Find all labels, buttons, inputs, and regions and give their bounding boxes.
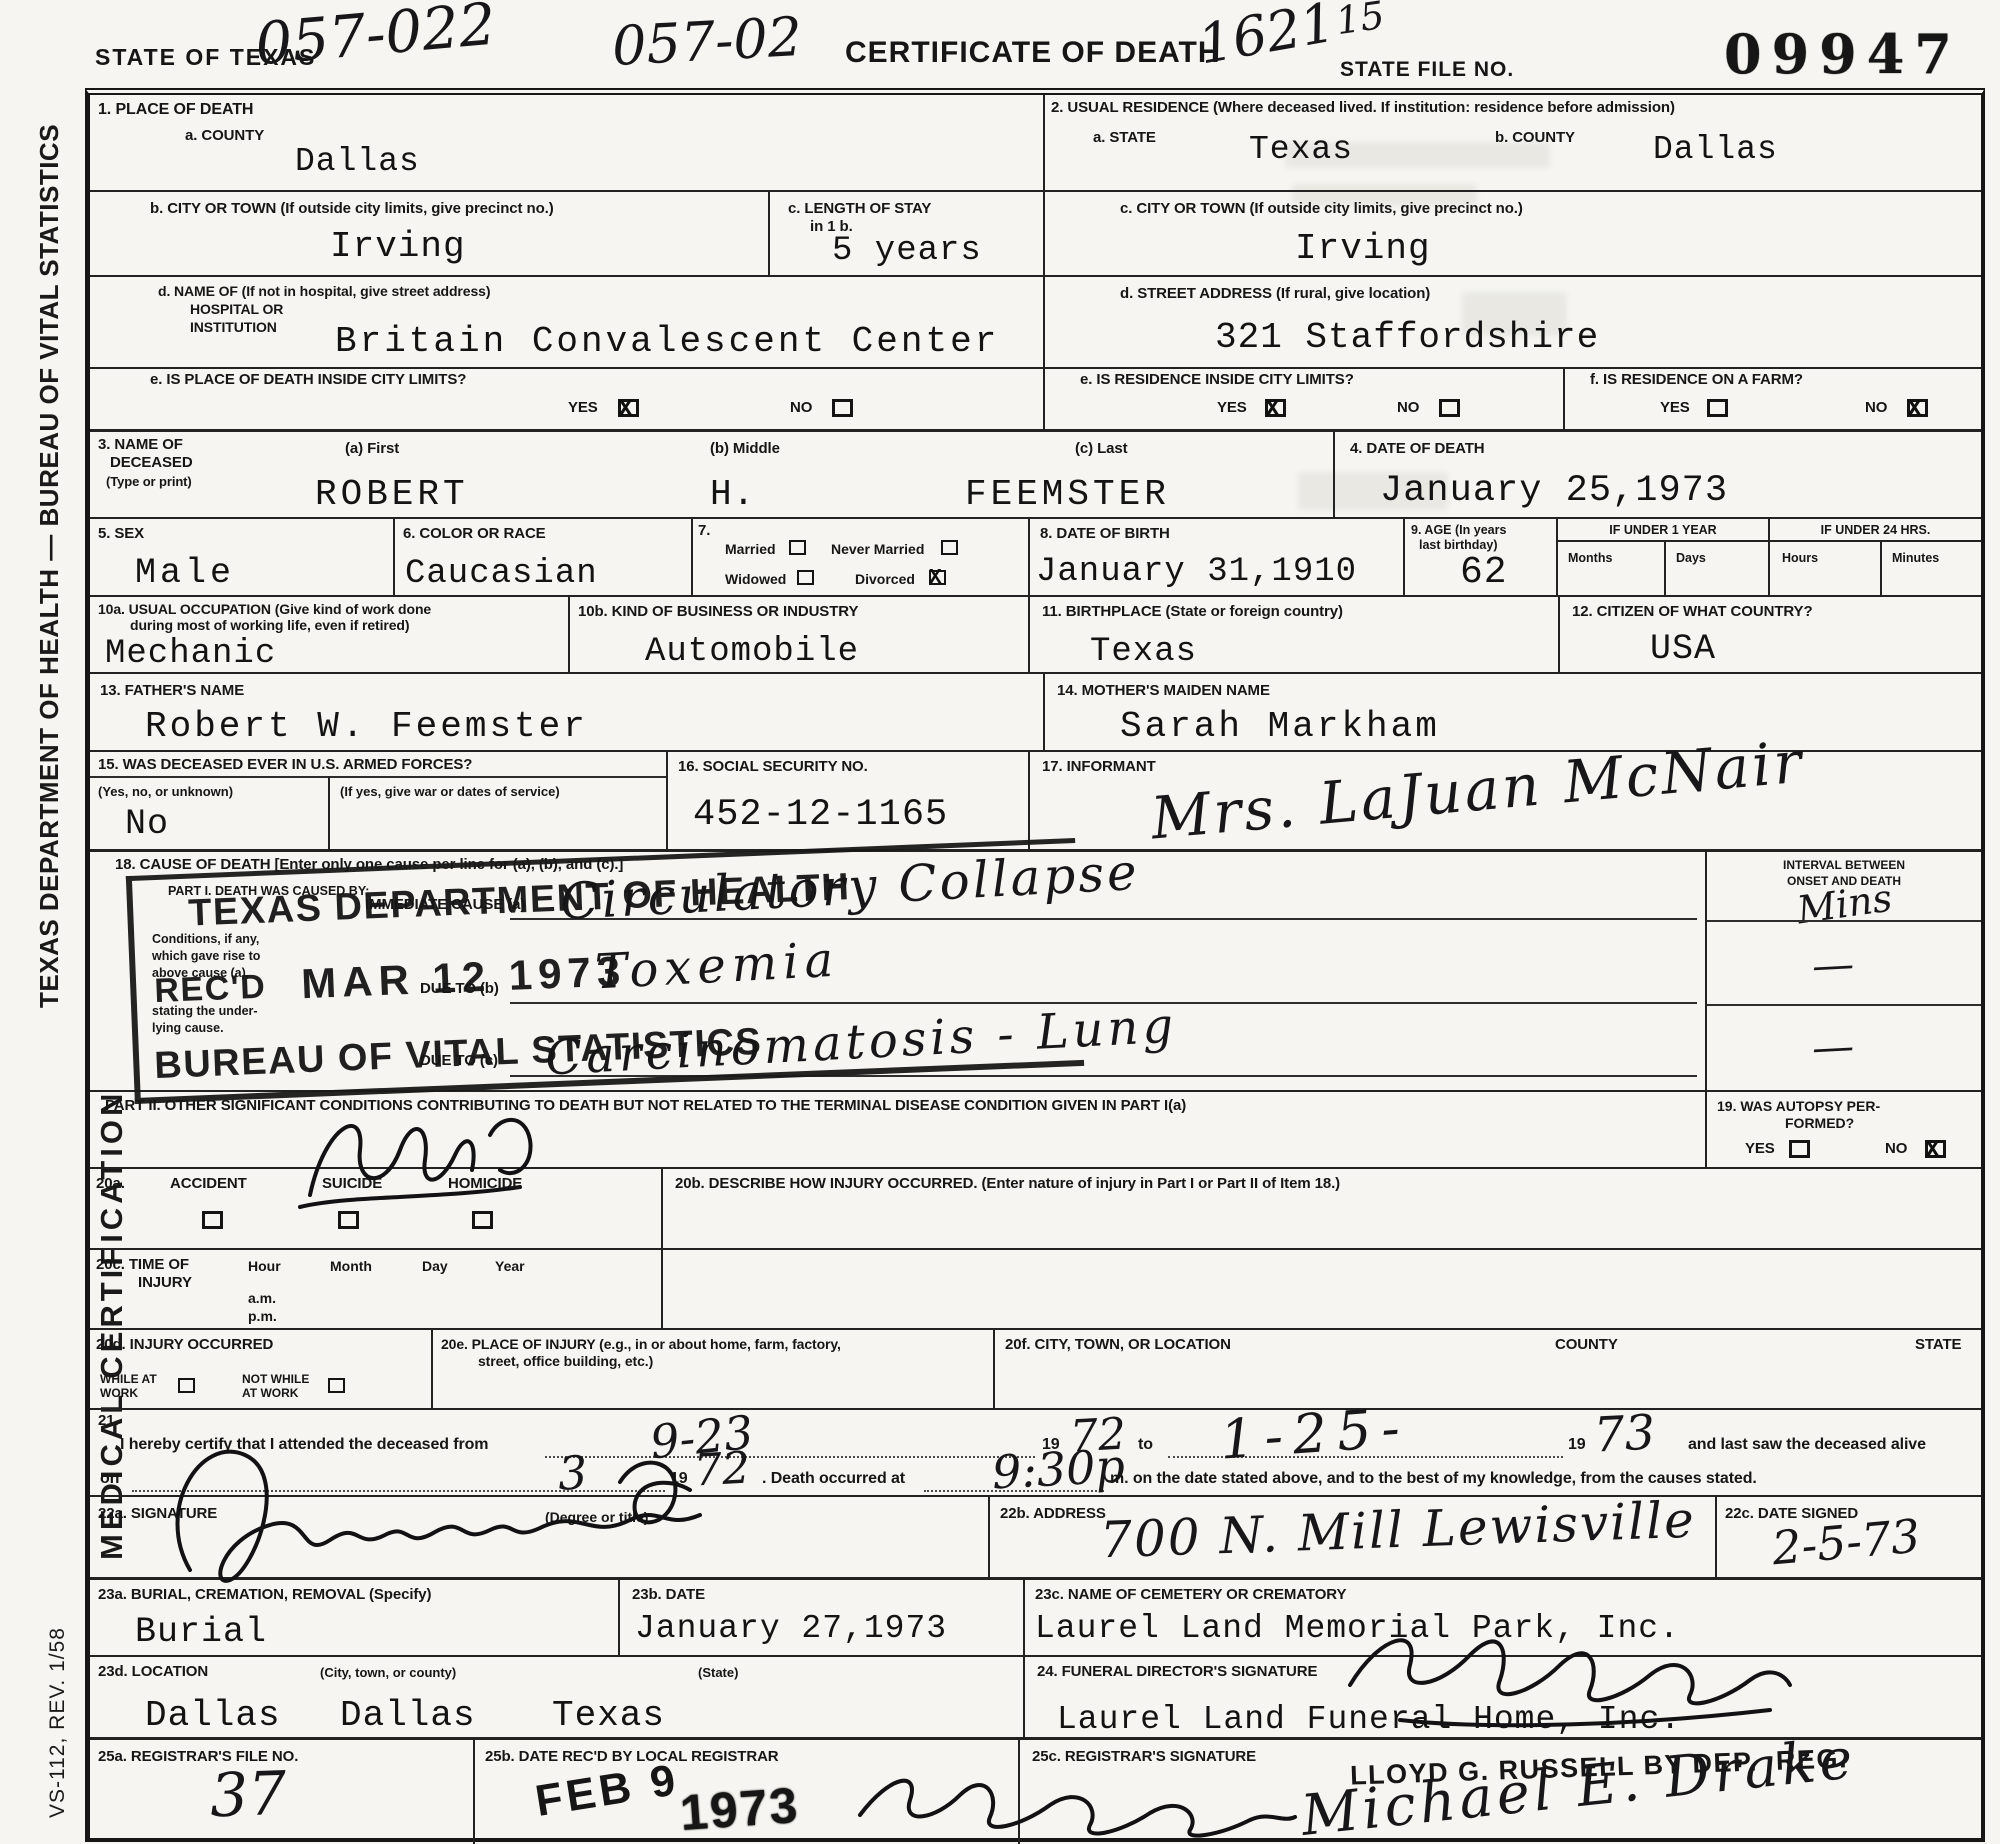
yes-label: YES [568,399,598,416]
on-word: on [100,1470,119,1488]
residence-farm-yes-checkbox [1707,399,1728,417]
physician-signature-handwriting [160,1420,720,1595]
autopsy-no-checkbox [1925,1140,1946,1158]
place-of-injury-label-2: street, office building, etc.) [478,1353,653,1369]
middle-name-value: H. [710,474,755,515]
place-of-death-title: 1. PLACE OF DEATH [98,101,253,119]
certificate-form: 1. PLACE OF DEATH a. COUNTY Dallas 2. US… [85,88,1985,1842]
year-prefix-2: 19 [1568,1436,1586,1454]
under-24-hrs-header: IF UNDER 24 HRS. [1770,519,1981,542]
while-at-work-label-1: WHILE AT [100,1372,157,1386]
to-word: to [1138,1436,1153,1454]
first-name-value: ROBERT [315,474,469,515]
burial-date-label: 23b. DATE [632,1586,705,1603]
birthplace-label: 11. BIRTHPLACE (State or foreign country… [1042,603,1343,620]
divorced-label: Divorced [855,571,915,587]
received-stamp-date: MAR 12 1973 [300,947,627,1008]
divider [1664,542,1666,595]
occupation-label-2: during most of working life, even if ret… [130,617,409,633]
row-accident-injury: 20a. ACCIDENT SUICIDE HOMICIDE 20b. DESC… [90,1169,1981,1250]
location-sublabel-2: (State) [698,1665,738,1680]
armed-forces-label: 15. WAS DECEASED EVER IN U.S. ARMED FORC… [98,756,472,773]
field-death-city-town: b. CITY OR TOWN (If outside city limits,… [90,192,770,275]
field-age: 9. AGE (In years last birthday) 62 [1405,519,1558,595]
field-length-of-stay: c. LENGTH OF STAY in 1 b. 5 years [770,192,1045,275]
location-county-value: Dallas [340,1695,476,1736]
row-institution-address: d. NAME OF (If not in hospital, give str… [90,277,1981,369]
field-burial-date: 23b. DATE January 27,1973 [620,1580,1025,1655]
field-if-under-1-year: IF UNDER 1 YEAR Months Days [1558,519,1770,595]
date-received-stamp-year: 1973 [678,1776,801,1842]
field-fathers-name: 13. FATHER'S NAME Robert W. Feemster [90,674,1045,750]
homicide-label: HOMICIDE [448,1175,522,1192]
date-of-death-label: 4. DATE OF DEATH [1350,440,1485,457]
field-date-of-death: 4. DATE OF DEATH January 25,1973 [1335,432,1981,517]
informant-label: 17. INFORMANT [1042,758,1156,775]
county-value: Dallas [295,143,420,180]
residence-state-label: a. STATE [1093,129,1156,146]
row-forces-ssn-informant: 15. WAS DECEASED EVER IN U.S. ARMED FORC… [90,752,1981,852]
field-place-of-injury: 20e. PLACE OF INJURY (e.g., in or about … [433,1330,995,1408]
row-occupation: 10a. USUAL OCCUPATION (Give kind of work… [90,597,1981,674]
interval-c-handwriting: — [1811,1021,1856,1072]
name-of-deceased-label-2: DECEASED [110,454,193,471]
no-label: NO [1885,1140,1907,1157]
no-label: NO [1865,399,1887,416]
autopsy-label-2: FORMED? [1785,1115,1854,1131]
part2-label: PART II. OTHER SIGNIFICANT CONDITIONS CO… [105,1097,1186,1114]
county-label: a. COUNTY [185,127,264,144]
institution-value: Britain Convalescent Center [335,321,999,362]
never-married-label: Never Married [831,541,924,557]
field-accident-suicide-homicide: 20a. ACCIDENT SUICIDE HOMICIDE [90,1169,663,1248]
certification-number: 21. [98,1412,119,1429]
handwritten-code-3: 1621 [1194,0,1340,76]
received-stamp-line-3: BUREAU OF VITAL STATISTICS [154,1021,764,1088]
field-social-security: 16. SOCIAL SECURITY NO. 452-12-1165 [668,752,1030,849]
location-label: 23d. LOCATION [98,1663,208,1680]
birthplace-value: Texas [1090,633,1197,671]
field-describe-injury: 20b. DESCRIBE HOW INJURY OCCURRED. (Ente… [663,1169,1981,1248]
last-name-value: FEEMSTER [965,474,1170,515]
row-demographics: 5. SEX Male 6. COLOR OR RACE Caucasian 7… [90,519,1981,597]
yes-label: YES [1660,399,1690,416]
divider [1880,542,1882,595]
field-injury-city-county-state: 20f. CITY, TOWN, OR LOCATION COUNTY STAT… [995,1330,1981,1408]
injury-time-empty-area [663,1250,1981,1328]
days-label: Days [1676,551,1706,565]
attended-to-handwriting: 1-25- [1218,1395,1411,1471]
marital-section-label: 7. [698,522,710,539]
field-business-industry: 10b. KIND OF BUSINESS OR INDUSTRY Automo… [570,597,1030,672]
social-security-label: 16. SOCIAL SECURITY NO. [678,758,868,775]
residence-city-limits-no-checkbox [1439,399,1460,417]
business-industry-label: 10b. KIND OF BUSINESS OR INDUSTRY [578,603,858,620]
field-burial-cremation: 23a. BURIAL, CREMATION, REMOVAL (Specify… [90,1580,620,1655]
street-address-value: 321 Staffordshire [1215,317,1599,358]
field-date-of-birth: 8. DATE OF BIRTH January 31,1910 [1030,519,1405,595]
married-label: Married [725,541,776,557]
color-race-value: Caucasian [405,555,598,593]
mothers-maiden-name-value: Sarah Markham [1120,706,1440,747]
field-injury-occurred: 20d. INJURY OCCURRED WHILE AT WORK NOT W… [90,1330,433,1408]
sex-label: 5. SEX [98,525,144,542]
field-residence-on-farm: f. IS RESIDENCE ON A FARM? YES NO [1565,369,1981,429]
usual-residence-title: 2. USUAL RESIDENCE (Where deceased lived… [1051,99,1675,116]
injury-state-label: STATE [1915,1336,1961,1353]
residence-farm-no-checkbox [1907,399,1928,417]
interval-label-1: INTERVAL BETWEEN [1707,858,1981,872]
first-name-label: (a) First [345,440,399,457]
field-usual-occupation: 10a. USUAL OCCUPATION (Give kind of work… [90,597,570,672]
residence-county-value: Dallas [1653,131,1778,168]
death-city-town-label: b. CITY OR TOWN (If outside city limits,… [150,200,554,217]
registrar-file-no-handwriting: 37 [209,1759,288,1832]
burial-date-value: January 27,1973 [635,1610,947,1647]
funeral-director-signature-handwriting [1340,1590,1800,1740]
certification-text-2: and last saw the deceased alive [1688,1436,1926,1454]
field-registrar-file-no: 25a. REGISTRAR'S FILE NO. 37 [90,1740,475,1844]
field-marital-status: 7. Married Never Married Widowed Divorce… [693,519,1030,595]
death-city-limits-label: e. IS PLACE OF DEATH INSIDE CITY LIMITS? [150,371,466,388]
color-race-label: 6. COLOR OR RACE [403,525,546,542]
day-label: Day [422,1258,448,1274]
injury-county-label: COUNTY [1555,1336,1618,1353]
accident-label: ACCIDENT [170,1175,247,1192]
field-usual-residence: 2. USUAL RESIDENCE (Where deceased lived… [1045,95,1981,190]
sex-value: Male [135,553,235,593]
attended-to-year-handwriting: 73 [1593,1404,1657,1463]
date-of-birth-value: January 31,1910 [1036,553,1357,591]
suicide-label: SUICIDE [322,1175,382,1192]
suicide-checkbox [338,1211,359,1229]
burial-value: Burial [135,1612,267,1652]
registrar-signature-handwriting [850,1745,1300,1844]
yes-label: YES [1217,399,1247,416]
margin-agency-text: TEXAS DEPARTMENT OF HEALTH — BUREAU OF V… [34,124,65,1008]
field-death-inside-city-limits: e. IS PLACE OF DEATH INSIDE CITY LIMITS?… [90,369,1045,429]
time-of-injury-label-2: INJURY [138,1274,192,1291]
field-birthplace: 11. BIRTHPLACE (State or foreign country… [1030,597,1560,672]
death-city-limits-yes-checkbox [618,399,639,417]
row-injury-place: 20d. INJURY OCCURRED WHILE AT WORK NOT W… [90,1330,1981,1410]
occupation-label-1: 10a. USUAL OCCUPATION (Give kind of work… [98,601,431,617]
length-of-stay-value: 5 years [832,232,982,270]
age-value: 62 [1460,551,1508,594]
hours-label: Hours [1782,551,1818,565]
autopsy-yes-checkbox [1789,1140,1810,1158]
citizen-country-value: USA [1650,629,1716,669]
residence-city-limits-yes-checkbox [1265,399,1286,417]
interval-b-handwriting: — [1811,939,1856,990]
location-city-value: Dallas [145,1695,281,1736]
date-of-death-value: January 25,1973 [1380,470,1728,512]
month-label: Month [330,1258,372,1274]
date-signed-handwriting: 2-5-73 [1770,1509,1922,1576]
field-color-race: 6. COLOR OR RACE Caucasian [395,519,693,595]
residence-city-town-value: Irving [1295,228,1431,269]
field-burial-location: 23d. LOCATION (City, town, or county) (S… [90,1657,1025,1737]
row-time-of-injury: 20c. TIME OF INJURY Hour Month Day Year … [90,1250,1981,1330]
field-physician-address: 22b. ADDRESS 700 N. Mill Lewisville [990,1497,1717,1577]
field-armed-forces: 15. WAS DECEASED EVER IN U.S. ARMED FORC… [90,752,668,849]
armed-forces-sublabel-1: (Yes, no, or unknown) [98,784,233,799]
handwritten-code-3b: 15 [1333,0,1387,43]
row-city-limits-checks: e. IS PLACE OF DEATH INSIDE CITY LIMITS?… [90,369,1981,432]
homicide-checkbox [472,1211,493,1229]
state-file-no-label: STATE FILE NO. [1340,58,1514,82]
under-1-year-header: IF UNDER 1 YEAR [1558,519,1768,542]
residence-county-label: b. COUNTY [1495,129,1575,146]
field-informant: 17. INFORMANT Mrs. LaJuan McNair [1030,752,1981,849]
field-place-of-death-county: 1. PLACE OF DEATH a. COUNTY Dallas [90,95,1045,190]
field-name-of-deceased: 3. NAME OF DECEASED (Type or print) (a) … [90,432,1335,517]
autopsy-label-1: 19. WAS AUTOPSY PER- [1717,1098,1880,1114]
never-married-checkbox [941,540,958,555]
occupation-value: Mechanic [105,635,276,673]
not-while-at-work-label-1: NOT WHILE [242,1372,309,1386]
date-of-birth-label: 8. DATE OF BIRTH [1040,525,1170,542]
no-label: NO [1397,399,1419,416]
am-label: a.m. [248,1290,276,1306]
hour-label: Hour [248,1258,281,1274]
field-mothers-maiden-name: 14. MOTHER'S MAIDEN NAME Sarah Markham [1045,674,1981,750]
funeral-director-label: 24. FUNERAL DIRECTOR'S SIGNATURE [1037,1663,1317,1680]
institution-label: d. NAME OF (If not in hospital, give str… [158,283,490,299]
accident-section-label: 20a. [96,1175,125,1192]
mothers-maiden-name-label: 14. MOTHER'S MAIDEN NAME [1057,682,1270,699]
handwritten-code-2: 057-02 [610,5,803,78]
address-label: 22b. ADDRESS [1000,1505,1106,1522]
name-of-deceased-label-3: (Type or print) [106,474,192,489]
field-sex: 5. SEX Male [90,519,395,595]
field-residence-city-town: c. CITY OR TOWN (If outside city limits,… [1045,192,1981,275]
time-of-death-handwriting: 9:30p [991,1439,1126,1500]
age-label-1: 9. AGE (In years [1411,523,1506,537]
street-address-label: d. STREET ADDRESS (If rural, give locati… [1120,285,1430,302]
date-received-stamp-month: FEB 9 [532,1755,683,1827]
business-industry-value: Automobile [645,633,859,671]
married-checkbox [789,540,806,555]
row-place-residence: 1. PLACE OF DEATH a. COUNTY Dallas 2. US… [90,95,1981,192]
field-time-of-injury: 20c. TIME OF INJURY Hour Month Day Year … [90,1250,663,1328]
divider [90,776,666,778]
citizen-country-label: 12. CITIZEN OF WHAT COUNTRY? [1572,603,1813,620]
field-autopsy: 19. WAS AUTOPSY PER- FORMED? YES NO [1707,1092,1981,1167]
divider [1707,920,1981,922]
death-city-town-value: Irving [330,226,466,267]
residence-city-limits-label: e. IS RESIDENCE INSIDE CITY LIMITS? [1080,371,1354,388]
injury-city-label: 20f. CITY, TOWN, OR LOCATION [1005,1336,1231,1353]
place-of-injury-label-1: 20e. PLACE OF INJURY (e.g., in or about … [441,1336,841,1352]
field-residence-inside-city-limits: e. IS RESIDENCE INSIDE CITY LIMITS? YES … [1045,369,1565,429]
residence-farm-label: f. IS RESIDENCE ON A FARM? [1590,371,1803,388]
field-date-signed: 22c. DATE SIGNED 2-5-73 [1717,1497,1981,1577]
location-sublabel-1: (City, town, or county) [320,1665,456,1680]
state-file-number-stamp: 09947 [1724,22,1962,86]
handwritten-code-1: 057-022 [252,0,498,78]
divorced-checkbox [929,570,946,585]
fathers-name-label: 13. FATHER'S NAME [100,682,244,699]
social-security-value: 452-12-1165 [693,794,948,836]
row-name-dod: 3. NAME OF DECEASED (Type or print) (a) … [90,432,1981,519]
margin-form-code: VS-112, REV. 1/58 [46,1627,70,1818]
yes-label: YES [1745,1140,1775,1157]
while-at-work-label-2: WORK [100,1386,138,1400]
received-stamp: TEXAS DEPARTMENT OF HEALTH REC'D MAR 12 … [126,838,1084,1104]
time-of-injury-label-1: 20c. TIME OF [96,1256,189,1273]
field-citizen-country: 12. CITIZEN OF WHAT COUNTRY? USA [1560,597,1981,672]
address-handwriting: 700 N. Mill Lewisville [1099,1491,1696,1570]
length-of-stay-label: c. LENGTH OF STAY [788,200,931,217]
residence-state-value: Texas [1249,131,1353,168]
not-while-at-work-checkbox [328,1378,345,1393]
widowed-checkbox [797,570,814,585]
institution-label-2: HOSPITAL OR [190,301,283,317]
received-stamp-recd: REC'D [154,968,267,1011]
death-certificate-scan: TEXAS DEPARTMENT OF HEALTH — BUREAU OF V… [0,0,2000,1844]
residence-city-town-label: c. CITY OR TOWN (If outside city limits,… [1120,200,1523,217]
divider [328,776,330,849]
months-label: Months [1568,551,1612,565]
middle-name-label: (b) Middle [710,440,780,457]
received-stamp-line-1: TEXAS DEPARTMENT OF HEALTH [188,866,852,936]
pm-label: p.m. [248,1308,277,1324]
widowed-label: Widowed [725,571,786,587]
armed-forces-sublabel-2: (If yes, give war or dates of service) [340,784,560,799]
institution-label-3: INSTITUTION [190,319,277,335]
name-of-deceased-label-1: 3. NAME OF [98,436,183,453]
accident-checkbox [202,1211,223,1229]
armed-forces-value: No [125,804,169,844]
divider [1707,1004,1981,1006]
minutes-label: Minutes [1892,551,1939,565]
field-interval-onset-death: INTERVAL BETWEEN ONSET AND DEATH Mins — … [1707,852,1981,1090]
certification-text-3: . Death occurred at [762,1470,905,1488]
cemetery-label: 23c. NAME OF CEMETERY OR CREMATORY [1035,1586,1346,1603]
describe-injury-label: 20b. DESCRIBE HOW INJURY OCCURRED. (Ente… [675,1175,1340,1192]
certification-text-4: m. on the date stated above, and to the … [1110,1470,1757,1488]
field-street-address: d. STREET ADDRESS (If rural, give locati… [1045,277,1981,367]
while-at-work-checkbox [178,1378,195,1393]
location-state-value: Texas [552,1695,665,1736]
burial-label: 23a. BURIAL, CREMATION, REMOVAL (Specify… [98,1586,431,1603]
field-if-under-24-hrs: IF UNDER 24 HRS. Hours Minutes [1770,519,1981,595]
row-city-town: b. CITY OR TOWN (If outside city limits,… [90,192,1981,277]
injury-occurred-label: 20d. INJURY OCCURRED [96,1336,273,1353]
field-institution-name: d. NAME OF (If not in hospital, give str… [90,277,1045,367]
no-label: NO [790,399,812,416]
age-label-2: last birthday) [1419,538,1498,552]
last-name-label: (c) Last [1075,440,1128,457]
fathers-name-value: Robert W. Feemster [145,706,588,747]
certificate-title: CERTIFICATE OF DEATH [845,36,1221,70]
death-city-limits-no-checkbox [832,399,853,417]
year-label: Year [495,1258,525,1274]
not-while-at-work-label-2: AT WORK [242,1386,298,1400]
